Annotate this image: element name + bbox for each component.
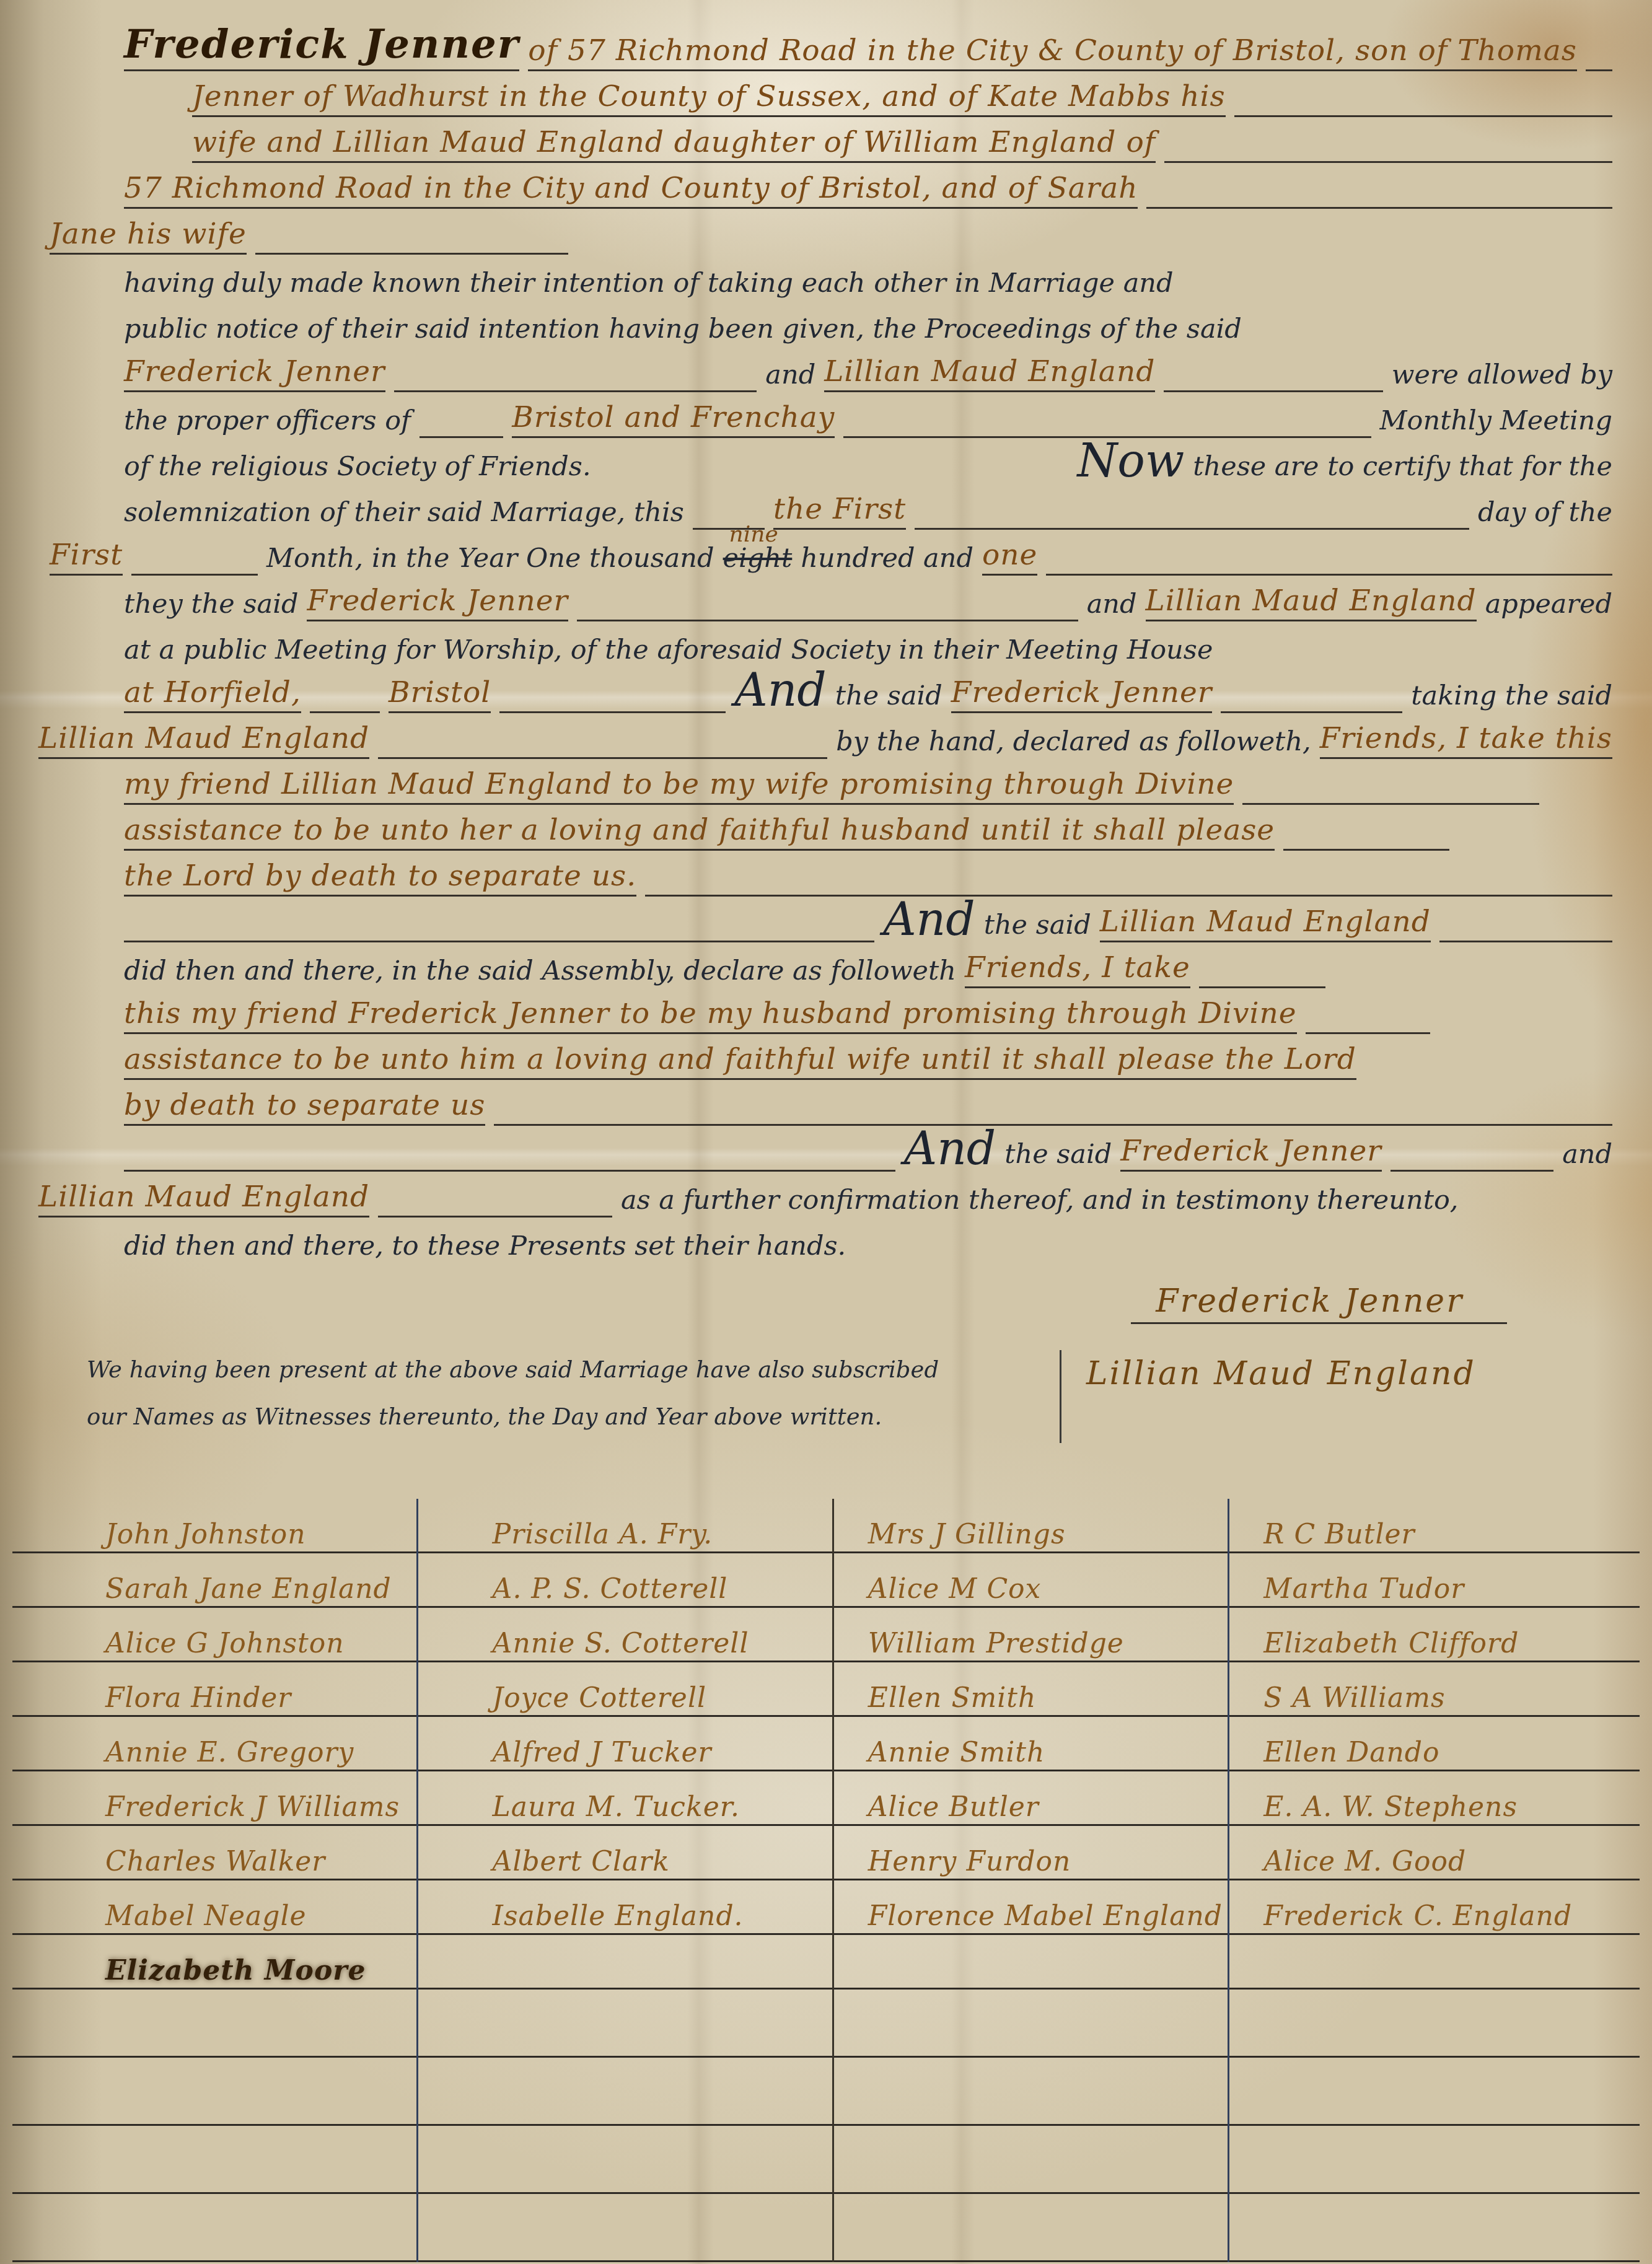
witness-row: Elizabeth Moore [12,1935,416,1990]
certificate-line: assistance to be unto him a loving and f… [124,1034,1612,1080]
bride-signature: Lillian Maud England [1086,1355,1476,1392]
ruled-blank [1221,698,1402,713]
empty-ruled-row [834,2194,1228,2262]
empty-ruled-row [1229,2126,1640,2194]
witness-signature: Elizabeth Moore [105,1955,366,1986]
witness-signature: Alice G Johnston [105,1628,345,1659]
handwritten-text: this my friend Frederick Jenner to be my… [124,996,1297,1034]
certificate-line: public notice of their said intention ha… [124,301,1612,346]
printed-text: as a further confirmation thereof, and i… [621,1185,1459,1218]
printed-text: they the said [124,589,298,621]
witness-signature: Alice M. Good [1263,1846,1466,1877]
witness-signature: Henry Furdon [868,1846,1071,1877]
empty-ruled-row [418,2194,832,2262]
witness-row: E. A. W. Stephens [1229,1771,1640,1826]
handwritten-text: 57 Richmond Road in the City and County … [124,171,1138,209]
witness-row: Alfred J Tucker [418,1717,832,1771]
certificate-line: Andthe saidLillian Maud England [124,897,1612,942]
struck-word: eight [723,543,793,574]
ruled-blank [1391,1156,1553,1172]
ruled-blank [1242,789,1539,805]
empty-ruled-row [834,2126,1228,2194]
ruled-blank [1586,56,1612,71]
handwritten-text: Jane his wife [50,217,247,255]
handwritten-text: wife and Lillian Maud England daughter o… [192,125,1156,163]
witness-signature: Alfred J Tucker [493,1737,712,1768]
ruled-blank [499,698,726,713]
witness-signature: Priscilla A. Fry. [493,1519,713,1550]
ruled-blank [1439,927,1612,942]
certificate-line: Andthe saidFrederick Jenner and [124,1126,1612,1172]
witness-row: Ellen Dando [1229,1717,1640,1771]
witness-row: Sarah Jane England [12,1553,416,1608]
ruled-blank [420,423,503,438]
certificate-line: solemnization of their said Marriage, th… [124,484,1612,530]
witness-column: Priscilla A. Fry.A. P. S. CotterellAnnie… [416,1499,832,2262]
witness-signature: Alice M Cox [868,1573,1042,1605]
witness-row [834,1935,1228,1990]
printed-text: hundred and [801,543,973,576]
certificate-line: Lillian Maud England by the hand, declar… [38,713,1612,759]
witness-row: Alice M. Good [1229,1826,1640,1880]
handwritten-text: Lillian Maud England [1100,905,1431,942]
certificate-line: did then and there, in the said Assembly… [124,942,1612,988]
printed-text: Now [1078,441,1185,484]
witness-row [418,1935,832,1990]
marriage-certificate-page: Frederick Jennerof 57 Richmond Road in t… [0,0,1652,2264]
witness-row: Annie E. Gregory [12,1717,416,1771]
certificate-line: the Lord by death to separate us. [124,851,1612,897]
witness-row: S A Williams [1229,1662,1640,1717]
printed-text: And [904,1128,996,1172]
ruled-blank [600,470,1069,484]
handwritten-text: assistance to be unto her a loving and f… [124,813,1275,851]
witness-signature: A. P. S. Cotterell [493,1573,728,1605]
ruled-blank [1146,193,1612,209]
witness-row: John Johnston [12,1499,416,1553]
handwritten-text: First [50,538,123,576]
witness-note: We having been present at the above said… [87,1346,1053,1455]
handwritten-text: Lillian Maud England [38,1180,369,1218]
printed-text: and [1087,589,1137,621]
printed-text: and [765,359,815,392]
witness-note-line1: We having been present at the above said… [87,1346,1053,1393]
witness-signature: Mrs J Gillings [868,1519,1066,1550]
empty-ruled-row [12,1990,416,2058]
ruled-blank [577,241,1612,255]
printed-text: of the religious Society of Friends. [124,451,591,484]
witness-row: R C Butler [1229,1499,1640,1553]
groom-signature: Frederick Jenner [1131,1283,1507,1324]
printed-text: solemnization of their said Marriage, th… [124,497,684,530]
handwritten-text: the First [773,492,906,530]
witness-row: Frederick C. England [1229,1880,1640,1935]
ruled-blank [255,239,568,255]
witness-row: A. P. S. Cotterell [418,1553,832,1608]
witness-signature: Florence Mabel England [868,1900,1223,1932]
certificate-line: Jane his wife [50,209,1612,255]
handwritten-text: by death to separate us [124,1088,485,1126]
handwritten-text: Friends, I take [965,950,1190,988]
certificate-line: of the religious Society of Friends. Now… [124,438,1612,484]
certificate-line: having duly made known their intention o… [124,255,1612,301]
witness-row: Flora Hinder [12,1662,416,1717]
ruled-blank [855,1250,1612,1263]
witness-column: John JohnstonSarah Jane EnglandAlice G J… [12,1499,416,2262]
empty-ruled-row [834,2058,1228,2126]
witness-row: Martha Tudor [1229,1553,1640,1608]
witness-table: John JohnstonSarah Jane EnglandAlice G J… [12,1499,1640,2262]
witness-row: Alice M Cox [834,1553,1228,1608]
witness-signature: Annie E. Gregory [105,1737,354,1768]
certificate-line: wife and Lillian Maud England daughter o… [192,117,1612,163]
witness-row: Charles Walker [12,1826,416,1880]
witness-signature: Isabelle England. [493,1900,744,1932]
ruled-blank [378,1202,612,1218]
vertical-divider [1060,1350,1061,1443]
empty-ruled-row [834,1990,1228,2058]
empty-ruled-row [12,2126,416,2194]
printed-text: did then and there, in the said Assembly… [124,955,956,988]
witness-row: Joyce Cotterell [418,1662,832,1717]
certificate-line: at a public Meeting for Worship, of the … [124,621,1612,667]
handwritten-text: Frederick Jenner [951,675,1213,713]
witness-row: Florence Mabel England [834,1880,1228,1935]
certificate-line: assistance to be unto her a loving and f… [124,805,1612,851]
printed-text: and [1562,1139,1612,1172]
witness-column: Mrs J GillingsAlice M CoxWilliam Prestid… [832,1499,1228,2262]
witness-column: R C ButlerMartha TudorElizabeth Clifford… [1228,1499,1640,2262]
empty-ruled-row [12,2194,416,2262]
ruled-blank [1046,560,1612,576]
handwritten-text: Frederick Jenner [307,584,568,621]
ruled-blank [310,698,380,713]
printed-text: the said [835,680,942,713]
printed-text: day of the [1478,497,1612,530]
groom-signature-row: Frederick Jenner [124,1267,1612,1324]
handwritten-text: the Lord by death to separate us. [124,859,636,897]
witness-signature: Albert Clark [493,1846,670,1877]
bride-signature-row: Lillian Maud England [1086,1346,1476,1455]
handwritten-text: Lillian Maud England [824,354,1155,392]
printed-text: at a public Meeting for Worship, of the … [124,634,1213,667]
printed-text: taking the said [1411,680,1612,713]
witness-row: William Prestidge [834,1608,1228,1662]
certificate-line: the proper officers of Bristol and Frenc… [124,392,1612,438]
witness-signature: William Prestidge [868,1628,1124,1659]
ruled-blank [394,377,757,392]
printed-text: having duly made known their intention o… [124,268,1174,301]
witness-row: Mabel Neagle [12,1880,416,1935]
ruled-blank [124,1156,895,1172]
witness-signature: Alice Butler [868,1791,1039,1823]
witness-row: Albert Clark [418,1826,832,1880]
ruled-blank [645,881,1612,897]
witness-row [1229,1935,1640,1990]
handwritten-text: Lillian Maud England [38,721,369,759]
certificate-line: Lillian Maud England as a further confir… [38,1172,1612,1218]
witness-signature: Sarah Jane England [105,1573,392,1605]
witness-signature: Martha Tudor [1263,1573,1464,1605]
witness-row: Laura M. Tucker. [418,1771,832,1826]
ruled-blank [1164,377,1383,392]
handwritten-text: assistance to be unto him a loving and f… [124,1042,1356,1080]
printed-text: Monthly Meeting [1380,405,1612,438]
printed-text: Month, in the Year One thousand [266,543,714,576]
certificate-line: at Horfield, Bristol Andthe saidFrederic… [124,667,1612,713]
printed-text: did then and there, to these Presents se… [124,1231,846,1263]
witness-signature: Joyce Cotterell [493,1682,706,1714]
witness-signature: R C Butler [1263,1519,1415,1550]
witness-signature: Ellen Smith [868,1682,1037,1714]
correction: nineeight [723,543,793,576]
witness-signature: S A Williams [1263,1682,1445,1714]
printed-text: these are to certify that for the [1193,451,1612,484]
witness-row: Annie Smith [834,1717,1228,1771]
witness-row: Alice G Johnston [12,1608,416,1662]
witness-signature: Frederick J Williams [105,1791,400,1823]
handwritten-text: Friends, I take this [1320,721,1612,759]
ruled-blank [1199,973,1325,988]
certificate-body: Frederick Jennerof 57 Richmond Road in t… [124,21,1612,1263]
ruled-blank [124,927,874,942]
witness-signature: John Johnston [105,1519,306,1550]
witness-signature: Charles Walker [105,1846,325,1877]
ruled-blank [915,514,1469,530]
certificate-line: 57 Richmond Road in the City and County … [124,163,1612,209]
ruled-blank [1283,835,1449,851]
witness-row: Annie S. Cotterell [418,1608,832,1662]
ruled-blank [131,560,258,576]
ruled-blank [577,606,1078,621]
witness-signature: Elizabeth Clifford [1263,1628,1519,1659]
printed-text: the said [984,910,1091,942]
witness-signature: Laura M. Tucker. [493,1791,740,1823]
ruled-blank [1164,147,1612,163]
certificate-line: Frederick Jennerof 57 Richmond Road in t… [124,21,1612,71]
witness-row: Frederick J Williams [12,1771,416,1826]
printed-text: appeared [1485,589,1612,621]
handwritten-text: of 57 Richmond Road in the City & County… [528,33,1577,71]
witness-row: Priscilla A. Fry. [418,1499,832,1553]
certificate-line: they the saidFrederick Jenner andLillian… [124,576,1612,621]
witness-row: Alice Butler [834,1771,1228,1826]
handwritten-text: Jenner of Wadhurst in the County of Suss… [192,79,1226,117]
witness-row: Henry Furdon [834,1826,1228,1880]
certificate-line: Jenner of Wadhurst in the County of Suss… [192,71,1612,117]
certificate-line: Frederick Jenner andLillian Maud England… [124,346,1612,392]
handwritten-text: my friend Lillian Maud England to be my … [124,767,1234,805]
empty-ruled-row [12,2058,416,2126]
certificate-line: First Month, in the Year One thousandnin… [50,530,1612,576]
witness-signature: Flora Hinder [105,1682,291,1714]
handwritten-text: one [982,538,1037,576]
witness-row: Elizabeth Clifford [1229,1608,1640,1662]
empty-ruled-row [1229,2058,1640,2126]
handwritten-text: Frederick Jenner [1120,1134,1382,1172]
certificate-line: this my friend Frederick Jenner to be my… [124,988,1612,1034]
ruled-blank [1306,1019,1430,1034]
witness-note-line2: our Names as Witnesses thereunto, the Da… [87,1393,1053,1441]
empty-ruled-row [418,2058,832,2126]
inserted-word: nine [729,522,778,547]
witness-signature: Mabel Neagle [105,1900,307,1932]
printed-text: were allowed by [1392,359,1612,392]
witness-signature: Frederick C. England [1263,1900,1572,1932]
handwritten-text: Lillian Maud England [1146,584,1477,621]
ruled-blank [1234,102,1612,117]
handwritten-text: Bristol [389,675,491,713]
certificate-line: did then and there, to these Presents se… [124,1218,1612,1263]
ruled-blank [494,1110,1612,1126]
empty-ruled-row [418,1990,832,2058]
handwritten-text: Bristol and Frenchay [512,400,835,438]
printed-text: And [883,899,975,942]
handwritten-text: Frederick Jenner [124,21,519,71]
printed-text: public notice of their said intention ha… [124,314,1242,346]
witness-signature: Annie S. Cotterell [493,1628,749,1659]
certificate-line: by death to separate us [124,1080,1612,1126]
handwritten-text: at Horfield, [124,675,301,713]
witness-row: Mrs J Gillings [834,1499,1228,1553]
witness-row: Ellen Smith [834,1662,1228,1717]
printed-text: the proper officers of [124,405,411,438]
ruled-blank [378,744,827,759]
witness-signature: Annie Smith [868,1737,1045,1768]
witness-note-block: We having been present at the above said… [87,1346,1612,1455]
witness-row: Isabelle England. [418,1880,832,1935]
empty-ruled-row [418,2126,832,2194]
empty-ruled-row [1229,2194,1640,2262]
printed-text: the said [1004,1139,1112,1172]
handwritten-text: Frederick Jenner [124,354,385,392]
certificate-line: my friend Lillian Maud England to be my … [124,759,1612,805]
printed-text: And [734,670,826,713]
witness-signature: Ellen Dando [1263,1737,1439,1768]
witness-signature: E. A. W. Stephens [1263,1791,1518,1823]
printed-text: by the hand, declared as followeth, [836,726,1311,759]
empty-ruled-row [1229,1990,1640,2058]
